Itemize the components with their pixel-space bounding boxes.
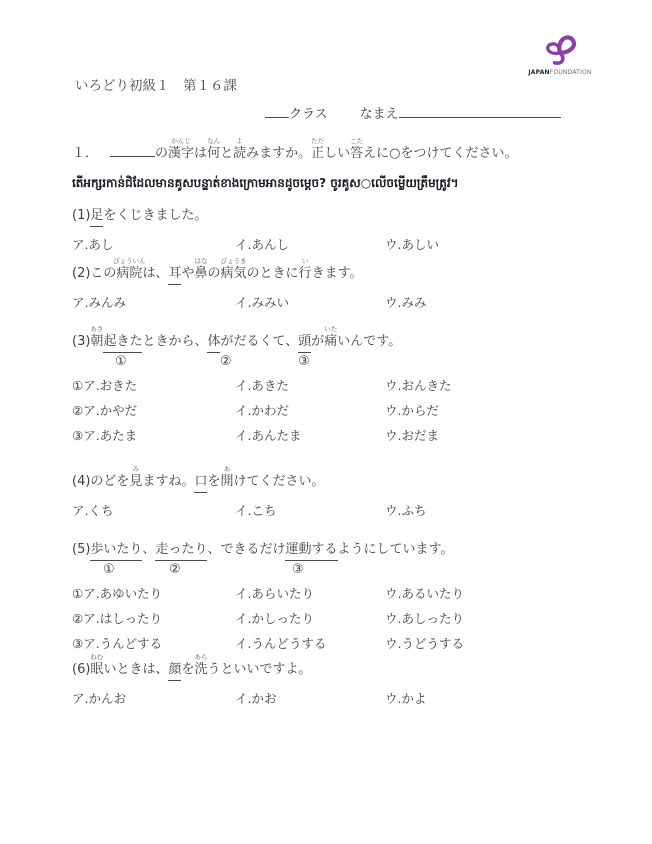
- option-row: ②ア.かやだイ.かわだウ.からだ: [72, 398, 620, 423]
- text-segment: 眠ねむ: [90, 661, 103, 679]
- option-cell: イ.あんし: [235, 232, 385, 257]
- option-row: ア.みんみイ.みみいウ.みみ: [72, 290, 620, 315]
- question-stem: (2)この病院びょういんは、耳や鼻はなの病気びょうきのときに行いきます。: [72, 256, 620, 285]
- furigana: こた: [350, 137, 363, 145]
- question-5: (5)歩いたり、走ったり、できるだけ運動するようにしています。 ①②③ ①ア.あ…: [72, 532, 620, 656]
- option-cell: イ.こち: [235, 498, 385, 523]
- furigana: ただ: [311, 137, 324, 145]
- furigana: よ: [236, 137, 243, 145]
- furigana: あさ: [90, 325, 103, 333]
- blank-line: [265, 105, 289, 118]
- text-segment: 開あ: [220, 473, 233, 491]
- option-cell: ウ.あるいたり: [385, 581, 620, 606]
- section1-instruction: １．の漢字かんじは何なんと読よみますか。正ただしい答こたえに○をつけてください。: [72, 135, 632, 163]
- japan-foundation-logo: JAPANFOUNDATION: [523, 34, 597, 76]
- spacer: [98, 156, 110, 157]
- class-name-line: クラスなまえ: [265, 103, 561, 122]
- furigana: びょういん: [113, 257, 146, 265]
- text-segment: ようにしています。: [338, 541, 454, 559]
- option-cell: イ.あんたま: [235, 423, 385, 448]
- answer-options: ア.みんみイ.みみいウ.みみ: [72, 290, 620, 315]
- answer-options: ア.かんおイ.かおウ.かよ: [72, 686, 620, 711]
- option-cell: イ.かしったり: [235, 606, 385, 631]
- text-segment: 、: [142, 541, 155, 559]
- answer-options: ア.くちイ.こちウ.ふち: [72, 498, 620, 523]
- furigana: びょうき: [221, 257, 247, 265]
- option-row: ①ア.おきたイ.あきたウ.おんきた: [72, 373, 620, 398]
- option-row: ア.かんおイ.かおウ.かよ: [72, 686, 620, 711]
- question-stem: (4)のどを見みますね。口を開あけてください。: [72, 464, 620, 493]
- text-segment: いときは、: [103, 661, 168, 679]
- question-1: (1)足をくじきました。 ア.あしイ.あんしウ.あしい: [72, 198, 620, 257]
- question-stem: (6)眠ねむいときは、顔を洗あらうといいですよ。: [72, 652, 620, 681]
- option-cell: ③ア.あたま: [72, 423, 235, 448]
- answer-options: ①ア.おきたイ.あきたウ.おんきた②ア.かやだイ.かわだウ.からだ③ア.あたまイ…: [72, 373, 620, 448]
- text-segment: や: [181, 265, 194, 283]
- text-segment: クラス: [289, 103, 328, 122]
- option-cell: ウ.あしい: [385, 232, 620, 257]
- text-segment: １．: [72, 145, 98, 163]
- option-cell: ウ.おだま: [385, 423, 620, 448]
- text-segment: 朝あさ: [90, 333, 103, 351]
- text-segment: の: [208, 265, 221, 283]
- text-segment: 病気びょうき: [221, 265, 247, 283]
- underlined-text: 足: [90, 207, 103, 227]
- butterfly-logo-icon: [523, 34, 597, 68]
- question-stem: (3)朝あさ起きたときから、体がだるくて、頭が痛いたいんです。: [72, 324, 620, 353]
- text-segment: 行い: [299, 265, 312, 283]
- furigana: いた: [324, 325, 337, 333]
- text-segment: (5): [72, 541, 90, 559]
- text-segment: なまえ: [360, 103, 399, 122]
- text-segment: ますね。: [142, 473, 194, 491]
- text-segment: (3): [72, 333, 90, 351]
- text-segment: いんです。: [337, 333, 401, 351]
- text-segment: 漢字かんじ: [168, 145, 194, 163]
- text-segment: 何なん: [207, 145, 220, 163]
- text-segment: うといいですよ。: [208, 661, 312, 679]
- spacer: [328, 117, 360, 118]
- option-cell: イ.かお: [235, 686, 385, 711]
- circled-number-marker: ③: [298, 354, 310, 369]
- option-cell: ウ.おんきた: [385, 373, 620, 398]
- underlined-text: 起きた: [103, 333, 142, 353]
- underlined-text: 体: [207, 333, 220, 353]
- question-stem: (1)足をくじきました。: [72, 198, 620, 227]
- circled-number-marker: ①: [103, 562, 115, 577]
- text-segment: (4)のどを: [72, 473, 129, 491]
- option-cell: ウ.ふち: [385, 498, 620, 523]
- furigana: み: [133, 465, 140, 473]
- option-row: ③ア.あたまイ.あんたまウ.おだま: [72, 423, 620, 448]
- option-row: ②ア.はしったりイ.かしったりウ.あしったり: [72, 606, 620, 631]
- text-segment: 答こた: [350, 145, 363, 163]
- furigana: はな: [194, 257, 207, 265]
- underlined-text: 顔: [168, 661, 181, 681]
- furigana: あ: [224, 465, 231, 473]
- furigana: なん: [207, 137, 220, 145]
- blank-line: [110, 144, 155, 157]
- answer-options: ①ア.あゆいたりイ.あらいたりウ.あるいたり②ア.はしったりイ.かしったりウ.あ…: [72, 581, 620, 656]
- furigana: ねむ: [90, 653, 103, 661]
- option-row: ア.くちイ.こちウ.ふち: [72, 498, 620, 523]
- option-cell: ア.みんみ: [72, 290, 235, 315]
- text-segment: 、できるだけ: [207, 541, 285, 559]
- underlined-text: 走ったり: [155, 541, 207, 561]
- underlined-text: 頭: [298, 333, 311, 353]
- furigana: あら: [194, 653, 207, 661]
- circled-number-marker: ②: [169, 562, 181, 577]
- question-2: (2)この病院びょういんは、耳や鼻はなの病気びょうきのときに行いきます。 ア.み…: [72, 256, 620, 315]
- khmer-instruction: តើអក្សរកាន់ជិដែលមានគូសបន្ទាត់ខាងក្រោមអាន…: [72, 172, 612, 194]
- text-segment: 洗あら: [194, 661, 207, 679]
- text-segment: 痛いた: [324, 333, 337, 351]
- furigana: い: [302, 257, 309, 265]
- text-segment: しい: [324, 145, 350, 163]
- underlined-text: 耳: [168, 265, 181, 285]
- text-segment: ときから、: [142, 333, 207, 351]
- option-cell: ア.かんお: [72, 686, 235, 711]
- underline-number-markers: ①②③: [72, 561, 620, 581]
- option-cell: ウ.あしったり: [385, 606, 620, 631]
- option-cell: ウ.からだ: [385, 398, 620, 423]
- circled-number-marker: ②: [220, 354, 232, 369]
- question-4: (4)のどを見みますね。口を開あけてください。 ア.くちイ.こちウ.ふち: [72, 464, 620, 523]
- circled-number-marker: ①: [115, 354, 127, 369]
- option-cell: ①ア.あゆいたり: [72, 581, 235, 606]
- text-segment: けてください。: [234, 473, 325, 491]
- option-cell: ウ.かよ: [385, 686, 620, 711]
- underline-number-markers: ①②③: [72, 353, 620, 373]
- text-segment: 鼻はな: [194, 265, 207, 283]
- text-segment: をくじきました。: [103, 207, 207, 225]
- text-segment: きます。: [312, 265, 363, 283]
- underlined-text: 歩いたり: [90, 541, 142, 561]
- underlined-text: 口: [194, 473, 207, 493]
- furigana: かんじ: [171, 137, 191, 145]
- text-segment: (6): [72, 661, 90, 679]
- option-cell: ②ア.はしったり: [72, 606, 235, 631]
- option-cell: ②ア.かやだ: [72, 398, 235, 423]
- text-segment: みますか。: [246, 145, 311, 163]
- text-segment: と: [220, 145, 233, 163]
- text-segment: を: [181, 661, 194, 679]
- option-cell: ア.くち: [72, 498, 235, 523]
- text-segment: を: [207, 473, 220, 491]
- question-3: (3)朝あさ起きたときから、体がだるくて、頭が痛いたいんです。 ①②③ ①ア.お…: [72, 324, 620, 448]
- option-cell: ア.あし: [72, 232, 235, 257]
- document-title: いろどり初級１ 第１６課: [75, 74, 237, 94]
- text-segment: 正ただ: [311, 145, 324, 163]
- text-segment: が: [311, 333, 324, 351]
- underlined-text: 運動する: [285, 541, 337, 561]
- text-segment: (1): [72, 207, 90, 225]
- text-segment: 見み: [129, 473, 142, 491]
- option-cell: イ.みみい: [235, 290, 385, 315]
- text-segment: (2)この: [72, 265, 116, 283]
- option-cell: イ.あらいたり: [235, 581, 385, 606]
- text-segment: は、: [142, 265, 168, 283]
- text-segment: えに○をつけてください。: [363, 145, 517, 163]
- blank-line: [399, 105, 561, 118]
- circled-number-marker: ③: [292, 562, 304, 577]
- option-cell: ウ.みみ: [385, 290, 620, 315]
- option-row: ア.あしイ.あんしウ.あしい: [72, 232, 620, 257]
- text-segment: 読よ: [233, 145, 246, 163]
- text-segment: がだるくて、: [220, 333, 298, 351]
- text-segment: の: [155, 145, 168, 163]
- option-cell: ①ア.おきた: [72, 373, 235, 398]
- text-segment: 病院びょういん: [116, 265, 142, 283]
- option-row: ①ア.あゆいたりイ.あらいたりウ.あるいたり: [72, 581, 620, 606]
- option-cell: イ.かわだ: [235, 398, 385, 423]
- question-6: (6)眠ねむいときは、顔を洗あらうといいですよ。 ア.かんおイ.かおウ.かよ: [72, 652, 620, 711]
- answer-options: ア.あしイ.あんしウ.あしい: [72, 232, 620, 257]
- text-segment: のときに: [247, 265, 299, 283]
- text-segment: は: [194, 145, 207, 163]
- option-cell: イ.あきた: [235, 373, 385, 398]
- question-stem: (5)歩いたり、走ったり、できるだけ運動するようにしています。: [72, 532, 620, 561]
- japan-foundation-wordmark: JAPANFOUNDATION: [523, 69, 597, 76]
